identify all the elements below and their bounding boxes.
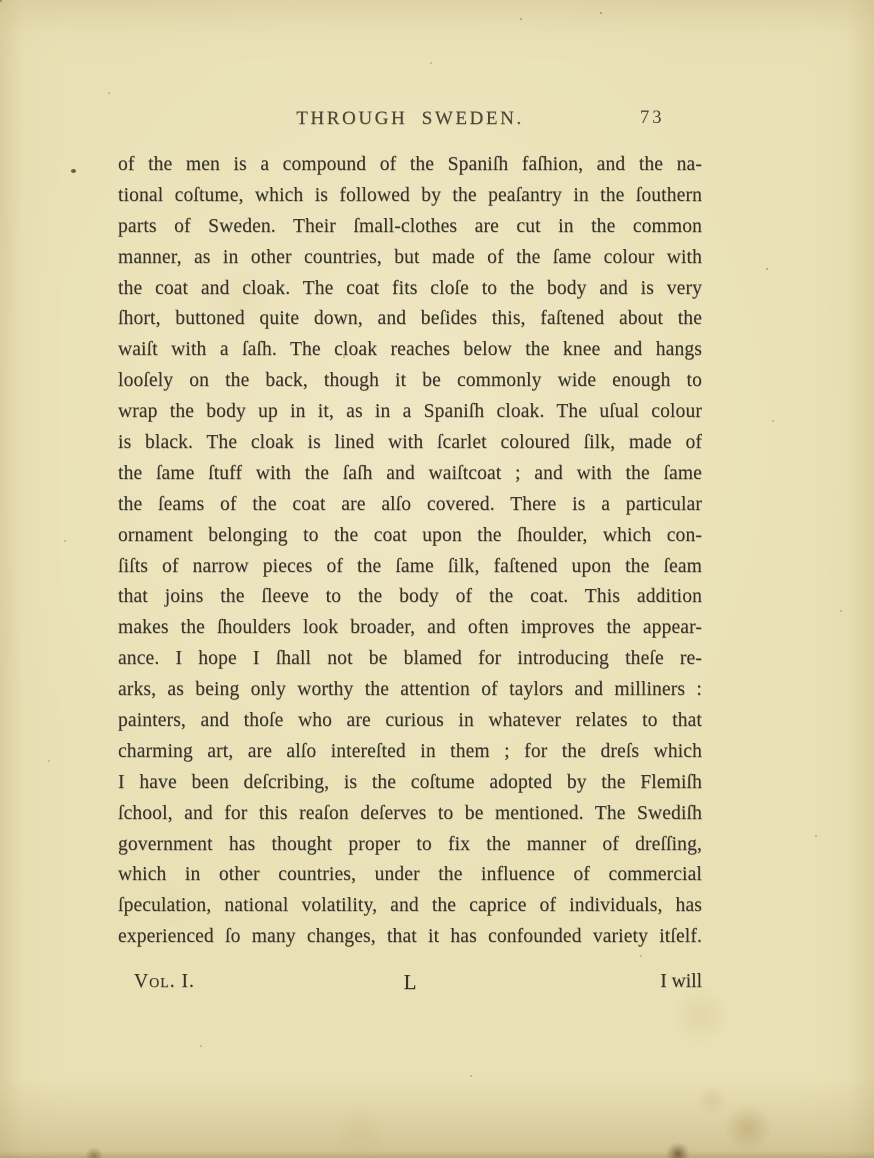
text-line: parts of Sweden. Their ſmall-clothes are… <box>118 212 702 243</box>
text-line: charming art, are alſo intereſted in the… <box>118 737 702 768</box>
text-line: makes the ſhoulders look broader, and of… <box>118 613 702 644</box>
footer-volume: Vol. I. <box>134 966 195 998</box>
text-line: arks, as being only worthy the attention… <box>118 675 702 706</box>
footer-catchword: I will <box>660 966 702 998</box>
text-line: tional coſtume, which is followed by the… <box>118 181 702 212</box>
text-line: I have been deſcribing, is the coſtume a… <box>118 768 702 799</box>
text-line: experienced ſo many changes, that it has… <box>118 922 702 953</box>
text-line: of the men is a compound of the Spaniſh … <box>118 150 702 181</box>
text-line: manner, as in other countries, but made … <box>118 243 702 274</box>
page-number: 73 <box>640 108 665 129</box>
paper-speck <box>0 0 2 2</box>
text-line: ſpeculation, national volatility, and th… <box>118 891 702 922</box>
text-line: the ſeams of the coat are alſo covered. … <box>118 490 702 521</box>
text-line: painters, and thoſe who are curious in w… <box>118 706 702 737</box>
text-line: the coat and cloak. The coat fits cloſe … <box>118 274 702 305</box>
text-line: ſiſts of narrow pieces of the ſame ſilk,… <box>118 552 702 583</box>
text-line: ſhort, buttoned quite down, and beſides … <box>118 304 702 335</box>
text-line: waiſt with a ſaſh. The cloak reaches bel… <box>118 335 702 366</box>
running-header-title: THROUGH SWEDEN. <box>118 105 702 133</box>
text-line: which in other countries, under the infl… <box>118 860 702 891</box>
text-line: government has thought proper to fix the… <box>118 830 702 861</box>
ink-spot <box>71 169 76 173</box>
book-page: THROUGH SWEDEN. 73 of the men is a compo… <box>0 0 874 1158</box>
text-line: ſchool, and for this reaſon deſerves to … <box>118 799 702 830</box>
footer-signature-mark: L <box>404 966 417 998</box>
text-line: wrap the body up in it, as in a Spaniſh … <box>118 397 702 428</box>
body-text-block: of the men is a compound of the Spaniſh … <box>118 150 702 953</box>
text-line: is black. The cloak is lined with ſcarle… <box>118 428 702 459</box>
text-line: that joins the ſleeve to the body of the… <box>118 582 702 613</box>
text-line: ornament belonging to the coat upon the … <box>118 521 702 552</box>
footer-line: Vol. I. L I will <box>118 966 702 998</box>
text-line: looſely on the back, though it be common… <box>118 366 702 397</box>
text-line: ance. I hope I ſhall not be blamed for i… <box>118 644 702 675</box>
text-line: the ſame ſtuff with the ſaſh and waiſtco… <box>118 459 702 490</box>
